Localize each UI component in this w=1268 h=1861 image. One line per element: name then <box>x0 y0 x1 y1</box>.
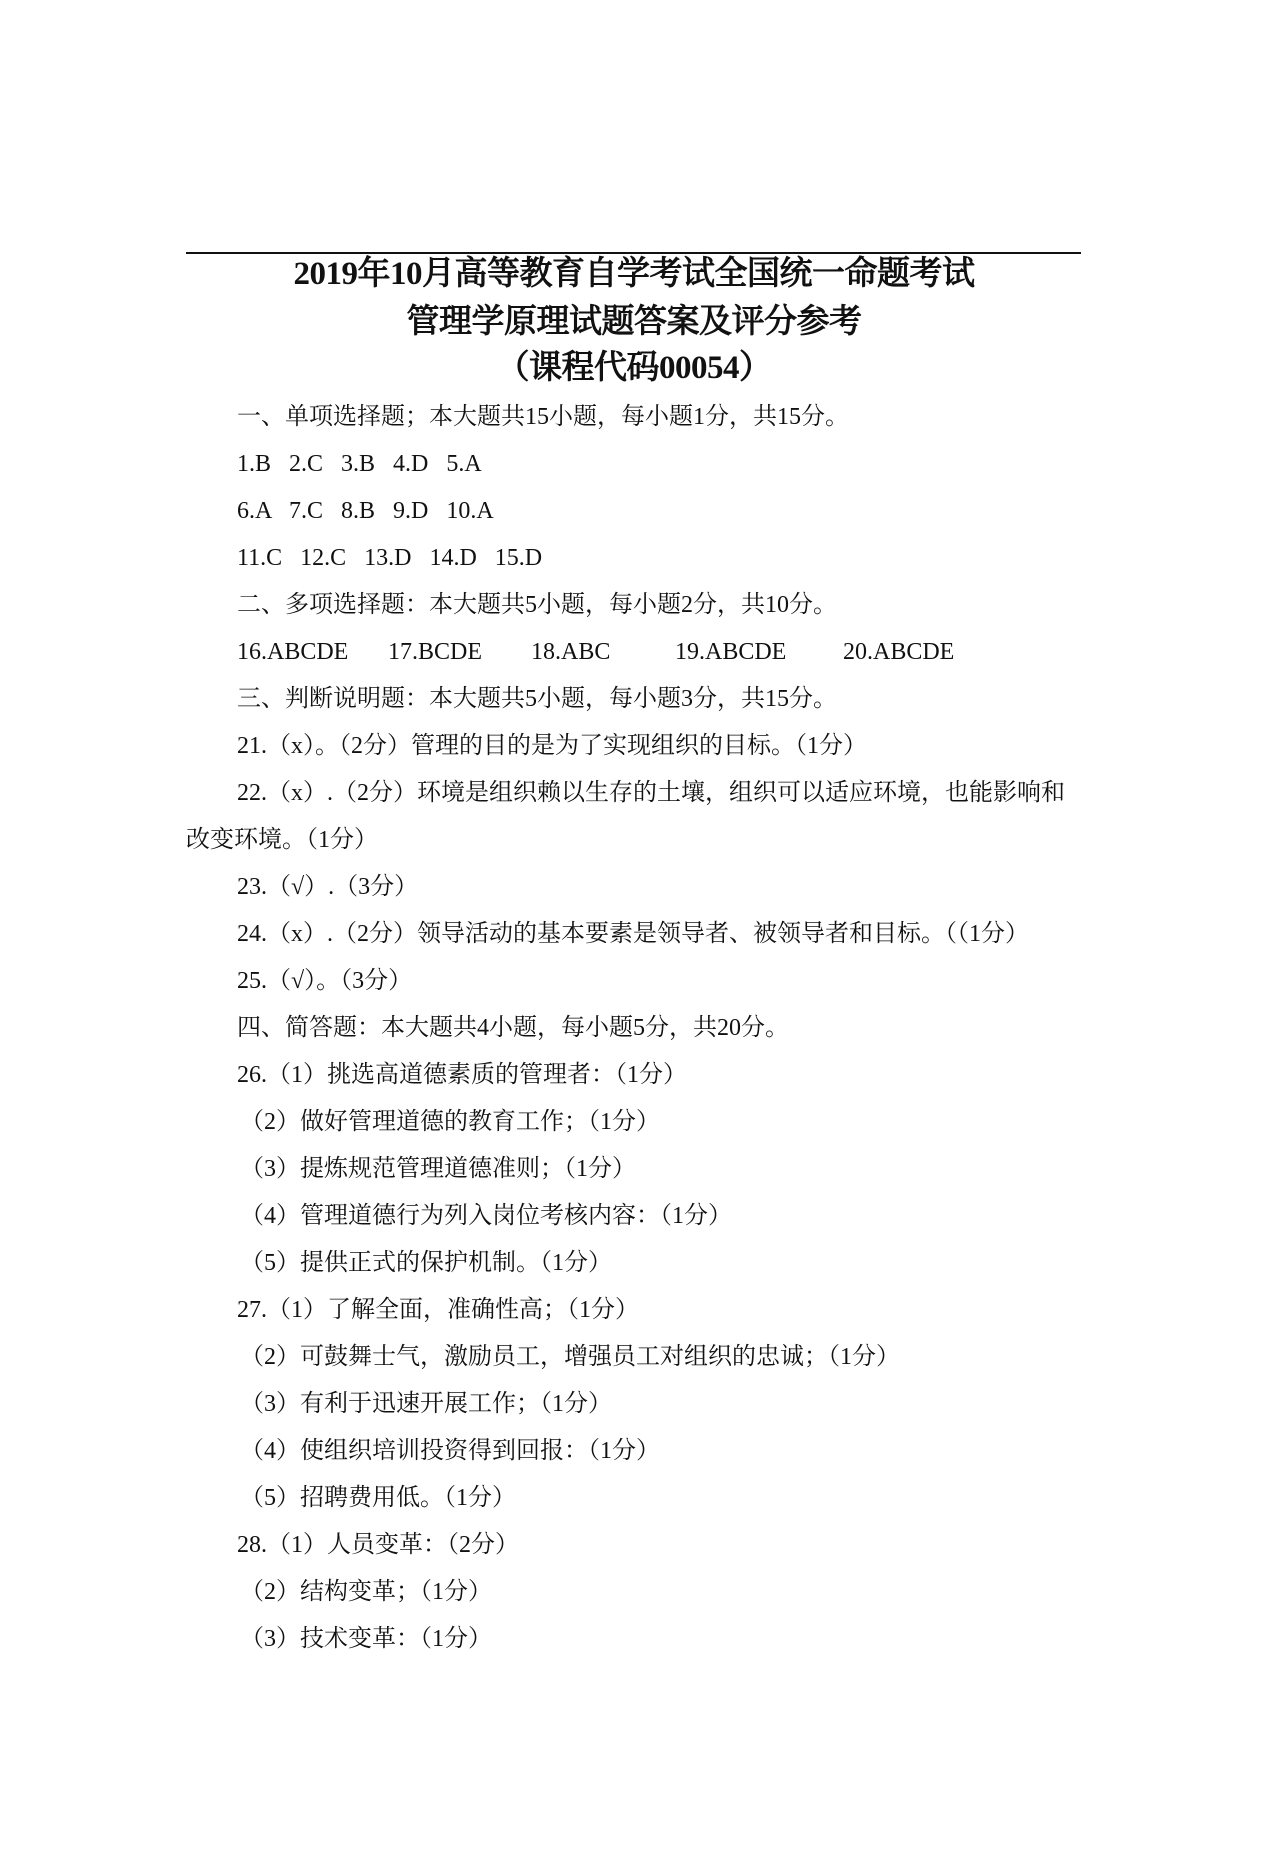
answer-16: 16.ABCDE <box>237 637 388 667</box>
q28-point-3: （3）技术变革：（1分） <box>240 1624 492 1654</box>
document-subtitle: 管理学原理试题答案及评分参考 <box>0 302 1268 342</box>
section3-heading: 三、判断说明题：本大题共5小题，每小题3分，共15分。 <box>237 684 837 714</box>
section4-heading: 四、简答题：本大题共4小题，每小题5分，共20分。 <box>237 1013 789 1043</box>
answer-25: 25.（√）。（3分） <box>237 966 412 996</box>
q26-point-3: （3）提炼规范管理道德准则；（1分） <box>240 1154 636 1184</box>
document-title: 2019年10月高等教育自学考试全国统一命题考试 <box>0 254 1268 294</box>
course-code: （课程代码00054） <box>0 348 1268 388</box>
answer-19: 19.ABCDE <box>675 637 843 667</box>
q28-point-1: 28.（1）人员变革：（2分） <box>237 1530 519 1560</box>
q26-point-5: （5）提供正式的保护机制。（1分） <box>240 1248 612 1278</box>
answer-20: 20.ABCDE <box>843 637 954 667</box>
q27-point-5: （5）招聘费用低。（1分） <box>240 1483 516 1513</box>
answer-21: 21.（x）。（2分）管理的目的是为了实现组织的目标。（1分） <box>237 731 867 761</box>
answer-18: 18.ABC <box>531 637 675 667</box>
answer-23: 23.（√）.（3分） <box>237 872 418 902</box>
q26-point-1: 26.（1）挑选高道德素质的管理者：（1分） <box>237 1060 687 1090</box>
q27-point-3: （3）有利于迅速开展工作；（1分） <box>240 1389 612 1419</box>
answer-17: 17.BCDE <box>388 637 531 667</box>
answer-22: 22.（x）.（2分）环境是组织赖以生存的土壤，组织可以适应环境，也能影响和 <box>237 778 1065 808</box>
q28-point-2: （2）结构变革；（1分） <box>240 1577 492 1607</box>
section2-heading: 二、多项选择题：本大题共5小题，每小题2分，共10分。 <box>237 590 837 620</box>
answer-24: 24.（x）.（2分）领导活动的基本要素是领导者、被领导者和目标。（（1分） <box>237 919 1029 949</box>
q27-point-2: （2）可鼓舞士气，激励员工，增强员工对组织的忠诚；（1分） <box>240 1342 900 1372</box>
section1-answers-row-2: 6.A 7.C 8.B 9.D 10.A <box>237 496 494 526</box>
section2-answers-row: 16.ABCDE17.BCDE18.ABC19.ABCDE20.ABCDE <box>237 637 977 667</box>
q27-point-1: 27.（1）了解全面，准确性高；（1分） <box>237 1295 639 1325</box>
q26-point-2: （2）做好管理道德的教育工作；（1分） <box>240 1107 660 1137</box>
section1-heading: 一、单项选择题；本大题共15小题，每小题1分，共15分。 <box>237 402 849 432</box>
answer-22-continued: 改变环境。（1分） <box>186 825 378 855</box>
q26-point-4: （4）管理道德行为列入岗位考核内容：（1分） <box>240 1201 732 1231</box>
section1-answers-row-1: 1.B 2.C 3.B 4.D 5.A <box>237 449 482 479</box>
q27-point-4: （4）使组织培训投资得到回报：（1分） <box>240 1436 660 1466</box>
section1-answers-row-3: 11.C 12.C 13.D 14.D 15.D <box>237 543 542 573</box>
